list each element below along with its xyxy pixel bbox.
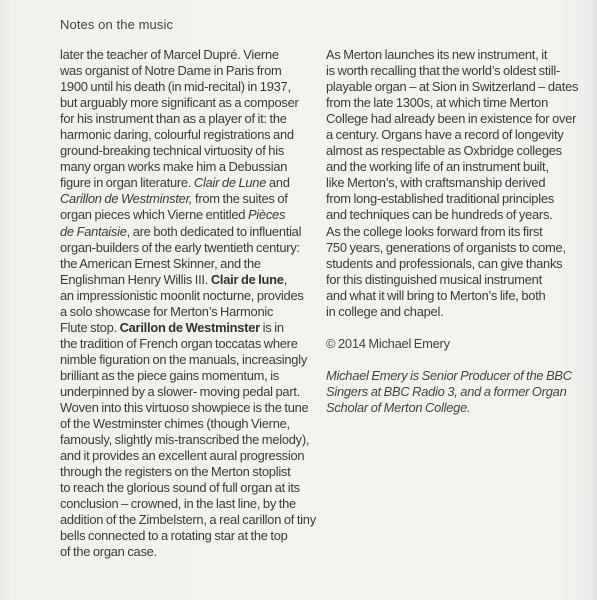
- text-line: famously, slightly mis-transcribed the m…: [60, 432, 340, 448]
- text-line: bells connected to a rotating star at th…: [60, 528, 340, 544]
- text-line: As Merton launches its new instrument, i…: [326, 47, 588, 63]
- author-bio: Michael Emery is Senior Producer of the …: [326, 368, 588, 416]
- text-line: and it provides an excellent aural progr…: [60, 448, 340, 464]
- text-line: an impressionistic moonlit nocturne, pro…: [60, 288, 340, 304]
- text-line: through the registers on the Merton stop…: [60, 464, 340, 480]
- text-line: from the late 1300s, at which time Merto…: [326, 95, 588, 111]
- text-line: for this distinguished musical instrumen…: [326, 272, 588, 288]
- text-line: ground-breaking technical virtuosity of …: [60, 143, 340, 159]
- text-line: addition of the Zimbelstern, a real cari…: [60, 512, 340, 528]
- text-line: and what it will bring to Merton’s life,…: [326, 288, 588, 304]
- text-line: was organist of Notre Dame in Paris from: [60, 63, 340, 79]
- text-line: to reach the glorious sound of full orga…: [60, 480, 340, 496]
- text-line: almost as respectable as Oxbridge colleg…: [326, 143, 588, 159]
- bio-line: Singers at BBC Radio 3, and a former Org…: [326, 384, 588, 400]
- text-line: brilliant as the piece gains momentum, i…: [60, 368, 340, 384]
- text-line: in college and chapel.: [326, 304, 588, 320]
- text-line: nimble figuration on the manuals, increa…: [60, 352, 340, 368]
- text-line: for his instrument than as a player of i…: [60, 111, 340, 127]
- text-line: and the working life of an instrument bu…: [326, 159, 588, 175]
- text-line: students and professionals, can give tha…: [326, 256, 588, 272]
- text-line: like Merton’s, with craftsmanship derive…: [326, 175, 588, 191]
- work-title-bold: Clair de lune: [211, 272, 284, 287]
- work-title-italic: de Fantaisie: [60, 224, 127, 239]
- text-line: the tradition of French organ toccatas w…: [60, 336, 340, 352]
- text-line: 750 years, generations of organists to c…: [326, 240, 588, 256]
- text-line: from long-established traditional princi…: [326, 191, 588, 207]
- text-line: organ-builders of the early twentieth ce…: [60, 240, 340, 256]
- text-line: As the college looks forward from its fi…: [326, 224, 588, 240]
- booklet-page: Notes on the music later the teacher of …: [0, 0, 597, 600]
- text-line: a century. Organs have a record of longe…: [326, 127, 588, 143]
- text-line: de Fantaisie, are both dedicated to infl…: [60, 224, 340, 240]
- text-line: of the Westminster chimes (though Vierne…: [60, 416, 340, 432]
- text-line: a solo showcase for Merton’s Harmonic: [60, 304, 340, 320]
- closing-paragraph: As Merton launches its new instrument, i…: [326, 47, 588, 320]
- text-line: of the organ case.: [60, 544, 340, 560]
- left-column-text: later the teacher of Marcel Dupré. Viern…: [60, 47, 340, 561]
- text-line: playable organ – at Sion in Switzerland …: [326, 79, 588, 95]
- text-line: harmonic daring, colourful registrations…: [60, 127, 340, 143]
- text-line: Carillon de Westminster, from the suites…: [60, 191, 340, 207]
- text-line: later the teacher of Marcel Dupré. Viern…: [60, 47, 340, 63]
- text-line: conclusion – crowned, in the last line, …: [60, 496, 340, 512]
- work-title-italic: Pièces: [248, 207, 285, 222]
- text-line: many organ works make him a Debussian: [60, 159, 340, 175]
- text-line: Flute stop. Carillon de Westminster is i…: [60, 320, 340, 336]
- right-column-text: As Merton launches its new instrument, i…: [326, 47, 588, 416]
- text-line: College had already been in existence fo…: [326, 111, 588, 127]
- text-line: underpinned by a slower- moving pedal pa…: [60, 384, 340, 400]
- text-line: is worth recalling that the world’s olde…: [326, 63, 588, 79]
- bio-line: Scholar of Merton College.: [326, 400, 588, 416]
- text-line: figure in organ literature. Clair de Lun…: [60, 175, 340, 191]
- text-line: Englishman Henry Willis III. Clair de lu…: [60, 272, 340, 288]
- work-title-italic: Carillon de Westminster,: [60, 191, 192, 206]
- text-line: the American Ernest Skinner, and the: [60, 256, 340, 272]
- text-line: 1900 until his death (in mid-recital) in…: [60, 79, 340, 95]
- section-title: Notes on the music: [60, 17, 173, 32]
- text-line: and techniques can be hundreds of years.: [326, 207, 588, 223]
- work-title-bold: Carillon de Westminster: [120, 320, 260, 335]
- work-title-italic: Clair de Lune: [194, 175, 266, 190]
- copyright-notice: © 2014 Michael Emery: [326, 336, 588, 352]
- text-line: organ pieces which Vierne entitled Pièce…: [60, 207, 340, 223]
- text-line: but arguably more significant as a compo…: [60, 95, 340, 111]
- bio-line: Michael Emery is Senior Producer of the …: [326, 368, 588, 384]
- text-line: Woven into this virtuoso showpiece is th…: [60, 400, 340, 416]
